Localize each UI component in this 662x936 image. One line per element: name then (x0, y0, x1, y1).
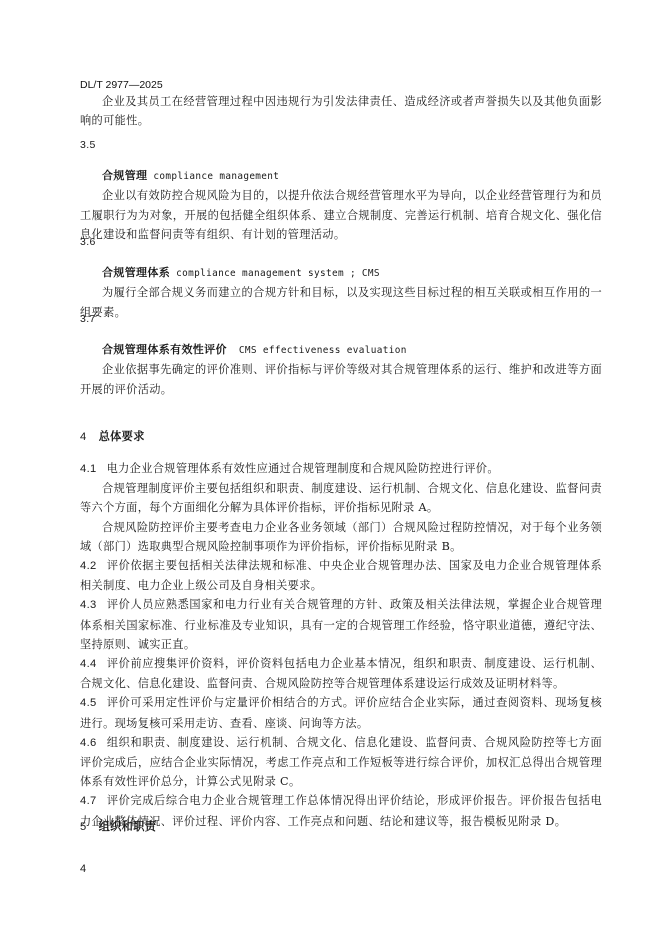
clause-4-6: 4.6组织和职责、制度建设、运行机制、合规文化、信息化建设、监督问责、合规风险防… (80, 733, 602, 792)
term-cn: 合规管理 (102, 169, 147, 182)
standard-code: DL/T 2977—2025 (80, 79, 163, 91)
clause-4-1: 4.1电力企业合规管理体系有效性应通过合规管理制度和合规风险防控进行评价。 (80, 459, 602, 479)
term-title: 合规管理体系compliance management system ; CMS (80, 263, 602, 283)
clause-4-2: 4.2评价依据主要包括相关法律法规和标准、中央企业合规管理办法、国家及电力企业合… (80, 556, 602, 595)
clause-4-5: 4.5评价可采用定性评价与定量评价相结合的方式。评价应结合企业实际，通过查阅资料… (80, 693, 602, 732)
clause-4-1-para-3: 合规风险防控评价主要考查电力企业各业务领域（部门）合规风险过程防控情况，对于每个… (80, 518, 602, 556)
term-title: 合规管理体系有效性评价 CMS effectiveness evaluation (80, 340, 602, 360)
section-title: 组织和职责 (99, 820, 157, 833)
term-cn: 合规管理体系有效性评价 (102, 343, 227, 356)
term-3-5: 3.5 合规管理compliance management 企业以有效防控合规风… (80, 136, 602, 244)
section-title: 总体要求 (99, 430, 145, 443)
term-number: 3.7 (80, 310, 602, 329)
section-number: 5 (80, 821, 87, 833)
term-3-7: 3.7 合规管理体系有效性评价 CMS effectiveness evalua… (80, 310, 602, 399)
term-en: compliance management system ; CMS (176, 268, 380, 279)
clause-4-4: 4.4评价前应搜集评价资料，评价资料包括电力企业基本情况，组织和职责、制度建设、… (80, 654, 602, 693)
term-cn: 合规管理体系 (102, 266, 170, 279)
section-5-heading: 5组织和职责 (80, 817, 602, 837)
intro-paragraph: 企业及其员工在经营管理过程中因违规行为引发法律责任、造成经济或者声誉损失以及其他… (80, 92, 602, 130)
term-number: 3.6 (80, 233, 602, 252)
term-en: compliance management (153, 171, 279, 182)
section-number: 4 (80, 431, 87, 443)
section-4-body: 4.1电力企业合规管理体系有效性应通过合规管理制度和合规风险防控进行评价。 合规… (80, 459, 602, 831)
term-number: 3.5 (80, 136, 602, 155)
intro-definition: 企业及其员工在经营管理过程中因违规行为引发法律责任、造成经济或者声誉损失以及其他… (80, 92, 602, 130)
page-number: 4 (80, 863, 86, 875)
term-3-6: 3.6 合规管理体系compliance management system ;… (80, 233, 602, 322)
section-4-heading: 4总体要求 (80, 427, 602, 447)
term-definition: 企业依据事先确定的评价准则、评价指标与评价等级对其合规管理体系的运行、维护和改进… (80, 360, 602, 398)
document-page: DL/T 2977—2025 企业及其员工在经营管理过程中因违规行为引发法律责任… (0, 0, 662, 936)
clause-4-1-para-2: 合规管理制度评价主要包括组织和职责、制度建设、运行机制、合规文化、信息化建设、监… (80, 479, 602, 517)
term-en: CMS effectiveness evaluation (233, 345, 407, 356)
term-title: 合规管理compliance management (80, 166, 602, 186)
clause-4-3: 4.3评价人员应熟悉国家和电力行业有关合规管理的方针、政策及相关法律法规，掌握企… (80, 595, 602, 654)
